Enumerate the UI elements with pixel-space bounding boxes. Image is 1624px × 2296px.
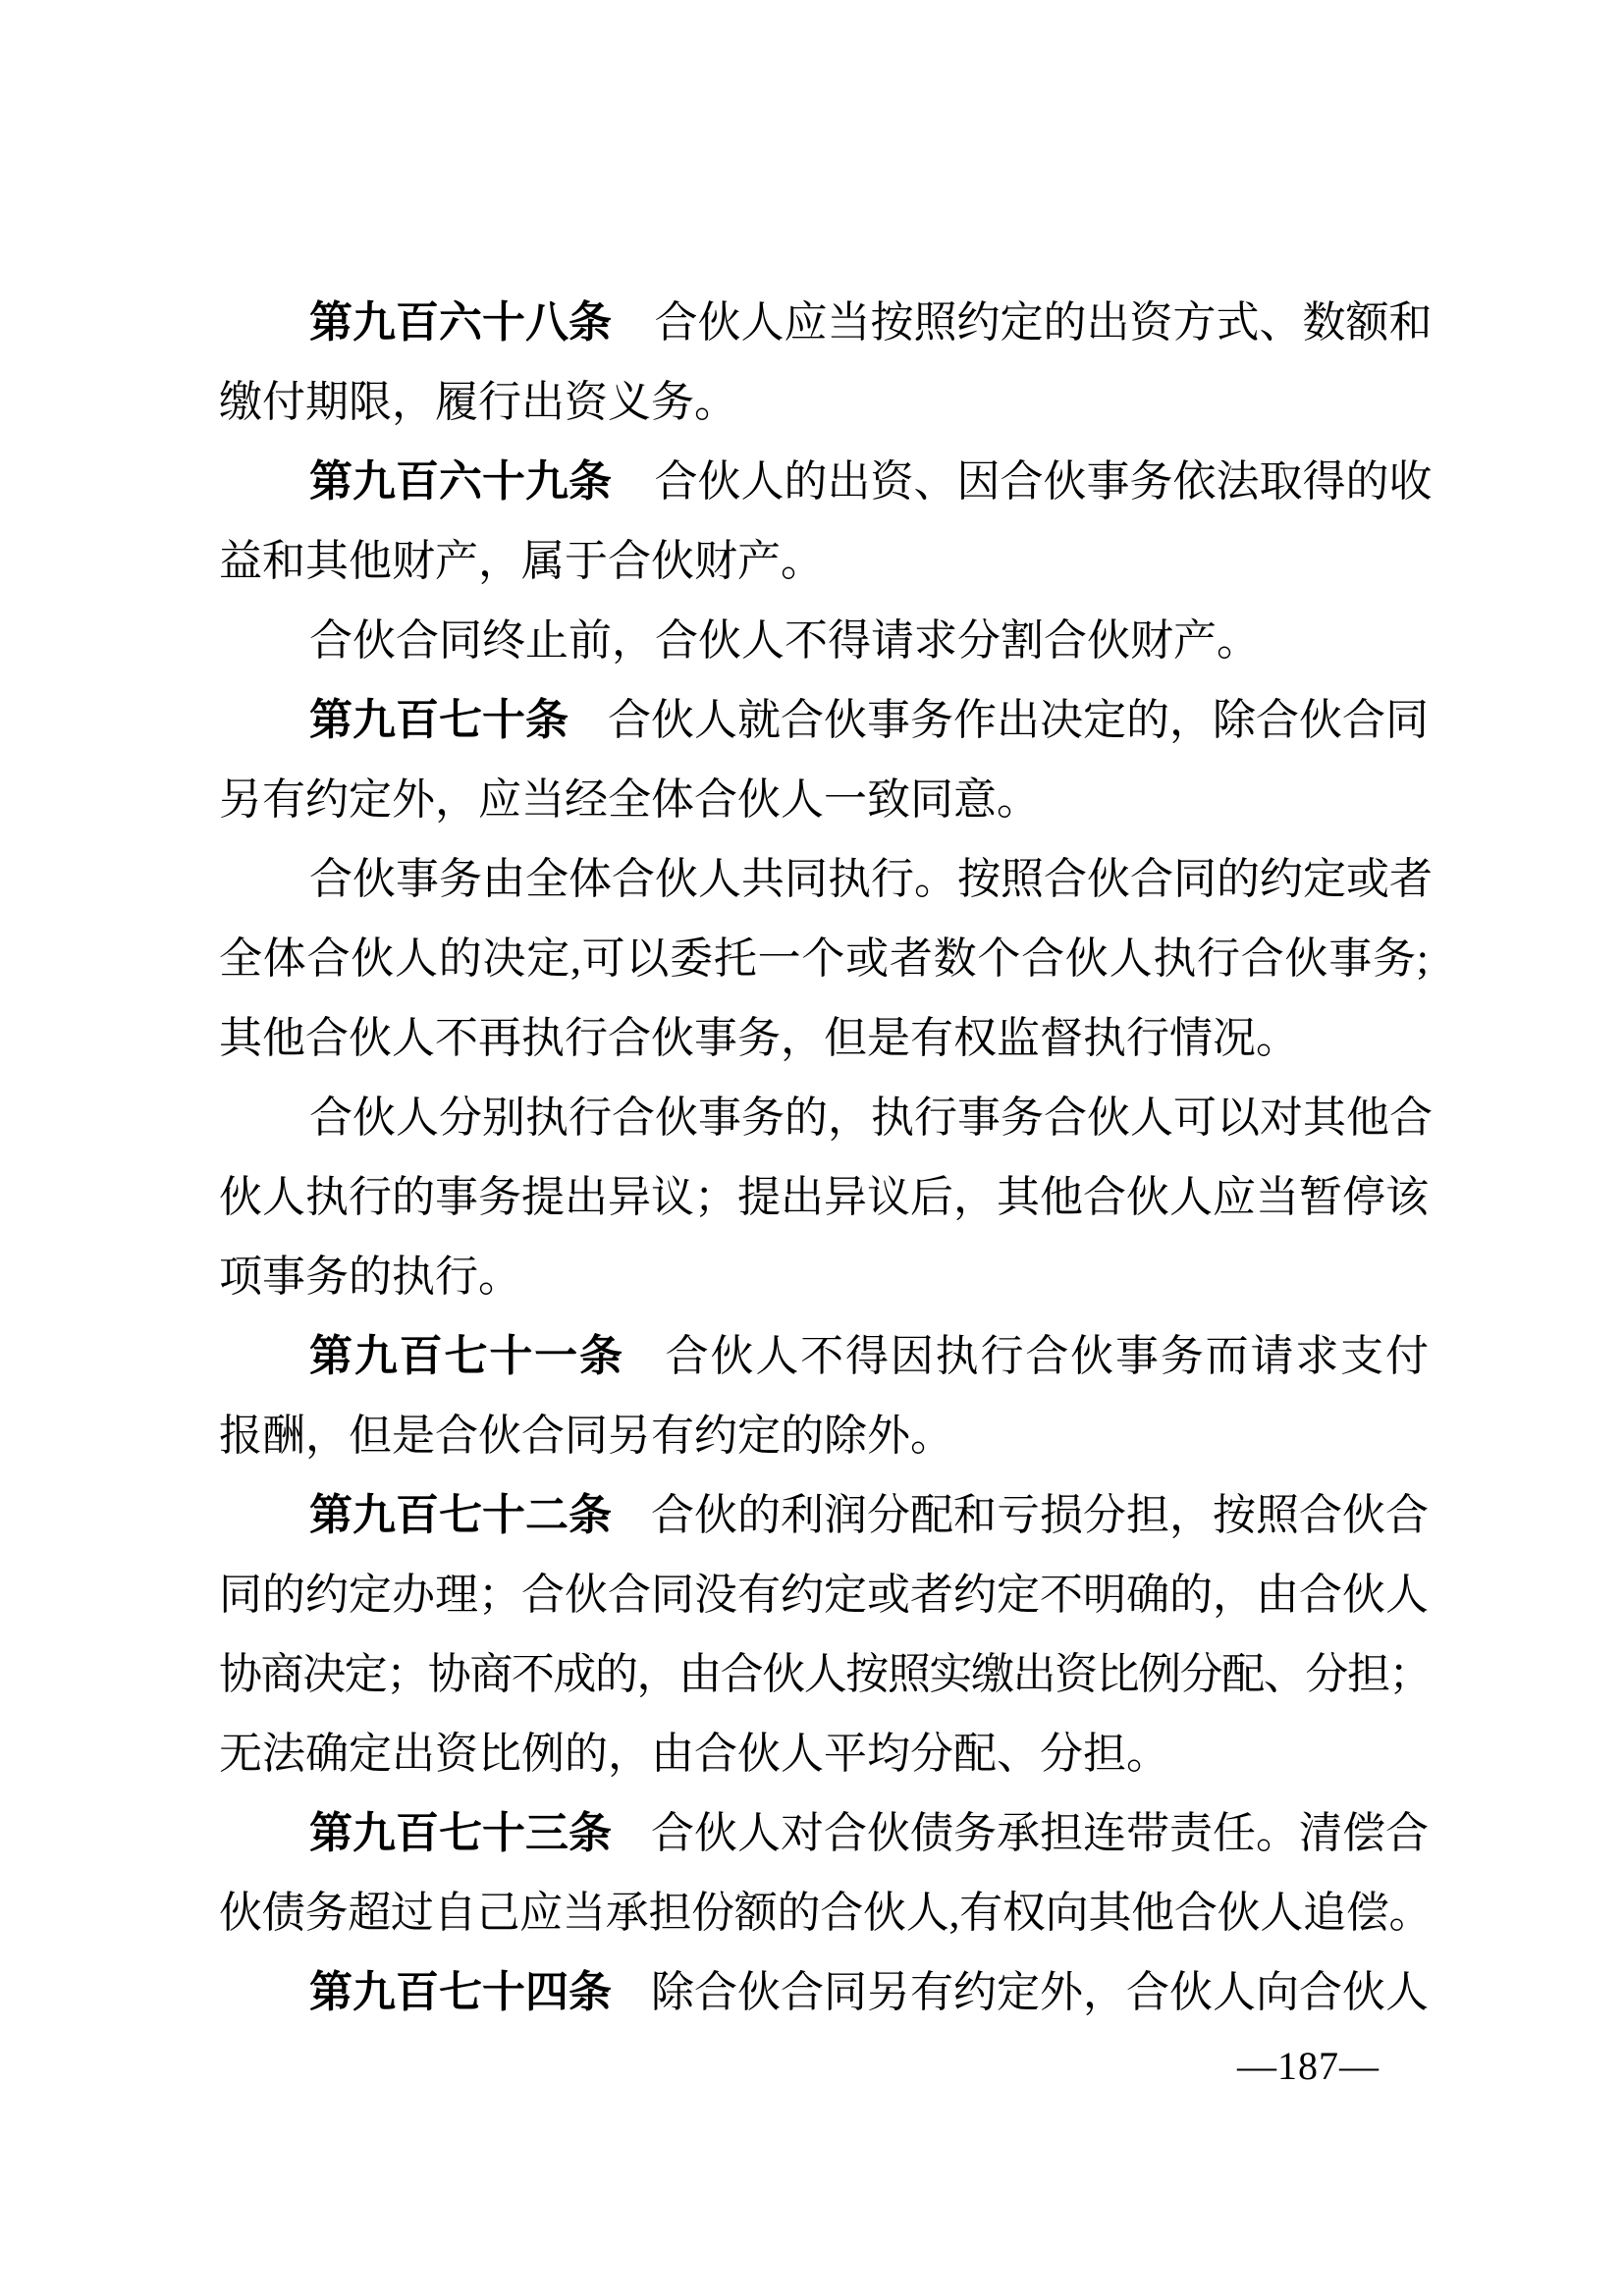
line-text: 缴付期限，履行出资义务。 xyxy=(219,378,737,426)
line-text: 伙人执行的事务提出异议；提出异议后，其他合伙人应当暂停该 xyxy=(219,1173,1429,1221)
text-line: 另有约定外，应当经全体合伙人一致同意。 xyxy=(219,760,1429,839)
article-line: 第九百七十一条合伙人不得因执行合伙事务而请求支付 xyxy=(219,1316,1429,1396)
line-text: 伙债务超过自己应当承担份额的合伙人,有权向其他合伙人追偿。 xyxy=(219,1889,1429,1937)
line-text: 合伙事务由全体合伙人共同执行。按照合伙合同的约定或者 xyxy=(309,855,1433,903)
line-text: 合伙人对合伙债务承担连带责任。清偿合 xyxy=(651,1809,1429,1857)
article-line: 第九百七十条合伙人就合伙事务作出决定的，除合伙合同 xyxy=(219,680,1429,760)
article-line: 第九百七十三条合伙人对合伙债务承担连带责任。清偿合 xyxy=(219,1793,1429,1873)
line-text: 合伙人就合伙事务作出决定的，除合伙合同 xyxy=(608,696,1429,744)
article-line: 第九百六十九条合伙人的出资、因合伙事务依法取得的收 xyxy=(219,442,1429,521)
article-number: 第九百七十三条 xyxy=(309,1809,612,1857)
line-text: 协商决定；协商不成的，由合伙人按照实缴出资比例分配、分担； xyxy=(219,1650,1429,1698)
article-number: 第九百六十八条 xyxy=(309,298,612,347)
text-line: 同的约定办理；合伙合同没有约定或者约定不明确的，由合伙人 xyxy=(219,1555,1429,1634)
line-text: 益和其他财产，属于合伙财产。 xyxy=(219,537,824,585)
line-text: 无法确定出资比例的，由合伙人平均分配、分担。 xyxy=(219,1730,1169,1778)
text-line: 合伙事务由全体合伙人共同执行。按照合伙合同的约定或者 xyxy=(219,839,1429,919)
line-text: 全体合伙人的决定,可以委托一个或者数个合伙人执行合伙事务; xyxy=(219,934,1429,983)
document-page: 第九百六十八条合伙人应当按照约定的出资方式、数额和缴付期限，履行出资义务。第九百… xyxy=(0,0,1624,2296)
line-text: 同的约定办理；合伙合同没有约定或者约定不明确的，由合伙人 xyxy=(219,1571,1429,1619)
article-number: 第九百七十四条 xyxy=(309,1968,612,2016)
text-line: 合伙人分别执行合伙事务的，执行事务合伙人可以对其他合 xyxy=(219,1078,1429,1157)
line-text: 项事务的执行。 xyxy=(219,1253,521,1301)
text-line: 项事务的执行。 xyxy=(219,1237,1429,1316)
article-line: 第九百七十二条合伙的利润分配和亏损分担，按照合伙合 xyxy=(219,1475,1429,1555)
line-text: 合伙人分别执行合伙事务的，执行事务合伙人可以对其他合 xyxy=(309,1094,1433,1142)
line-text: 其他合伙人不再执行合伙事务，但是有权监督执行情况。 xyxy=(219,1014,1299,1062)
text-line: 益和其他财产，属于合伙财产。 xyxy=(219,521,1429,601)
line-text: 合伙人应当按照约定的出资方式、数额和 xyxy=(651,298,1429,347)
line-text: 合伙人的出资、因合伙事务依法取得的收 xyxy=(651,457,1429,506)
text-line: 缴付期限，履行出资义务。 xyxy=(219,362,1429,442)
text-line: 伙人执行的事务提出异议；提出异议后，其他合伙人应当暂停该 xyxy=(219,1157,1429,1237)
text-line: 其他合伙人不再执行合伙事务，但是有权监督执行情况。 xyxy=(219,998,1429,1078)
line-text: 合伙合同终止前，合伙人不得请求分割合伙财产。 xyxy=(309,616,1260,665)
line-text: 另有约定外，应当经全体合伙人一致同意。 xyxy=(219,775,1040,824)
article-number: 第九百六十九条 xyxy=(309,457,612,506)
text-line: 全体合伙人的决定,可以委托一个或者数个合伙人执行合伙事务; xyxy=(219,919,1429,998)
line-text: 合伙的利润分配和亏损分担，按照合伙合 xyxy=(651,1491,1429,1539)
text-line: 无法确定出资比例的，由合伙人平均分配、分担。 xyxy=(219,1714,1429,1793)
line-text: 除合伙合同另有约定外，合伙人向合伙人 xyxy=(651,1968,1429,2016)
article-number: 第九百七十一条 xyxy=(309,1332,624,1380)
text-line: 报酬，但是合伙合同另有约定的除外。 xyxy=(219,1396,1429,1475)
line-text: 报酬，但是合伙合同另有约定的除外。 xyxy=(219,1412,953,1460)
article-number: 第九百七十条 xyxy=(309,696,568,744)
page-number: —187— xyxy=(1237,2045,1380,2088)
article-number: 第九百七十二条 xyxy=(309,1491,612,1539)
article-line: 第九百六十八条合伙人应当按照约定的出资方式、数额和 xyxy=(219,283,1429,362)
text-line: 伙债务超过自己应当承担份额的合伙人,有权向其他合伙人追偿。 xyxy=(219,1873,1429,1952)
page-content: 第九百六十八条合伙人应当按照约定的出资方式、数额和缴付期限，履行出资义务。第九百… xyxy=(219,283,1429,2032)
text-line: 合伙合同终止前，合伙人不得请求分割合伙财产。 xyxy=(219,601,1429,680)
article-line: 第九百七十四条除合伙合同另有约定外，合伙人向合伙人 xyxy=(219,1952,1429,2032)
text-line: 协商决定；协商不成的，由合伙人按照实缴出资比例分配、分担； xyxy=(219,1634,1429,1714)
line-text: 合伙人不得因执行合伙事务而请求支付 xyxy=(664,1332,1429,1380)
